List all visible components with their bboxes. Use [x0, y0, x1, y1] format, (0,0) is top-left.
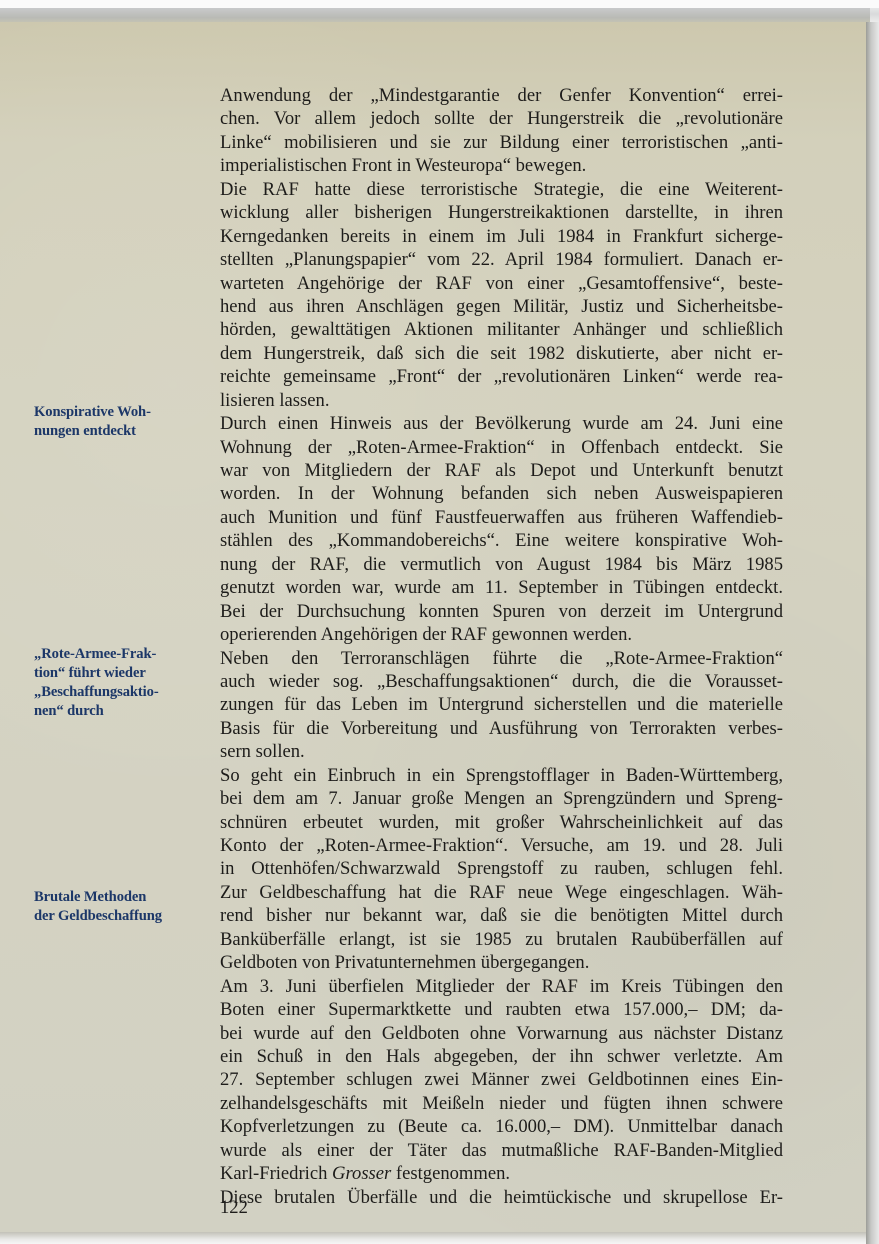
margin-heading-line: „Rote-Armee-Frak- — [34, 645, 209, 664]
margin-heading-line: nen“ durch — [34, 702, 209, 721]
text-line: stellten „Planungspapier“ vom 22. April … — [220, 248, 783, 271]
text-line: Linke“ mobilisieren und sie zur Bildung … — [220, 131, 783, 154]
text-line: hend aus ihren Anschlägen gegen Militär,… — [220, 295, 783, 318]
text-line: Boten einer Supermarktkette und raubten … — [220, 998, 783, 1021]
text-line: hörden, gewalttätigen Aktionen militante… — [220, 318, 783, 341]
text-line: genutzt worden war, wurde am 11. Septemb… — [220, 576, 783, 599]
margin-heading-line: „Beschaffungsaktio- — [34, 683, 209, 702]
text-segment: Karl-Friedrich — [220, 1163, 332, 1184]
text-line: Anwendung der „Mindestgarantie der Genfe… — [220, 84, 783, 107]
text-line: bei dem am 7. Januar große Mengen an Spr… — [220, 787, 783, 810]
text-line: nung der RAF, die vermutlich von August … — [220, 553, 783, 576]
text-line: schnüren erbeutet wurden, mit großer Wah… — [220, 811, 783, 834]
text-line: operierenden Angehörigen der RAF gewonne… — [220, 623, 783, 646]
text-line: Basis für die Vorbereitung und Ausführun… — [220, 717, 783, 740]
text-line: auch Munition und fünf Faustfeuerwaffen … — [220, 506, 783, 529]
text-line: Karl-Friedrich Grosser festgenommen. — [220, 1162, 783, 1185]
text-line: wurde als einer der Täter das mutmaßlich… — [220, 1139, 783, 1162]
text-line: war von Mitgliedern der RAF als Depot un… — [220, 459, 783, 482]
text-line: Kerngedanken bereits in einem im Juli 19… — [220, 225, 783, 248]
text-line: warteten Angehörige der RAF von einer „G… — [220, 272, 783, 295]
text-line: sern sollen. — [220, 740, 783, 763]
text-line: lisieren lassen. — [220, 389, 783, 412]
text-line: rend bisher nur bekannt war, daß sie die… — [220, 904, 783, 927]
text-line: stählen des „Kommandobereichs“. Eine wei… — [220, 529, 783, 552]
text-line: Bei der Durchsuchung konnten Spuren von … — [220, 600, 783, 623]
text-line: 27. September schlugen zwei Männer zwei … — [220, 1068, 783, 1091]
text-line: worden. In der Wohnung befanden sich neb… — [220, 482, 783, 505]
text-line: Konto der „Roten-Armee-Fraktion“. Versuc… — [220, 834, 783, 857]
body-text: Anwendung der „Mindestgarantie der Genfe… — [220, 84, 783, 1209]
text-line: Geldboten von Privatunternehmen übergega… — [220, 951, 783, 974]
text-line: in Ottenhöfen/Schwarzwald Sprengstoff zu… — [220, 857, 783, 880]
text-line: Kopfverletzungen zu (Beute ca. 16.000,– … — [220, 1115, 783, 1138]
text-line: Durch einen Hinweis aus der Bevölkerung … — [220, 412, 783, 435]
margin-heading-line: Konspirative Woh- — [34, 403, 209, 422]
text-line: Zur Geldbeschaffung hat die RAF neue Weg… — [220, 881, 783, 904]
text-line: imperialistischen Front in Westeuropa“ b… — [220, 154, 783, 177]
text-segment: festgenommen. — [391, 1163, 510, 1184]
text-line: zungen für das Leben im Untergrund siche… — [220, 693, 783, 716]
margin-heading-line: nungen entdeckt — [34, 422, 209, 441]
page-bottom-edge — [0, 1232, 866, 1244]
text-line: Am 3. Juni überfielen Mitglieder der RAF… — [220, 975, 783, 998]
margin-heading-konspirative-wohnungen: Konspirative Woh- nungen entdeckt — [34, 403, 209, 441]
text-line: Wohnung der „Roten-Armee-Fraktion“ in Of… — [220, 436, 783, 459]
text-line: dem Hungerstreik, daß sich die seit 1982… — [220, 342, 783, 365]
text-line: auch wieder sog. „Beschaffungsaktionen“ … — [220, 670, 783, 693]
text-line: bei wurde auf den Geldboten ohne Vorwarn… — [220, 1022, 783, 1045]
page-right-edge — [866, 22, 879, 1244]
text-line: reichte gemeinsame „Front“ der „revoluti… — [220, 365, 783, 388]
text-line: ein Schuß in den Hals abgegeben, der ihn… — [220, 1045, 783, 1068]
page-number: 122 — [220, 1197, 248, 1219]
text-line: wicklung aller bisherigen Hungerstreikak… — [220, 201, 783, 224]
text-line: chen. Vor allem jedoch sollte der Hunger… — [220, 107, 783, 130]
text-line: Diese brutalen Überfälle und die heimtüc… — [220, 1186, 783, 1209]
text-line: zelhandelsgeschäfts mit Meißeln nieder u… — [220, 1092, 783, 1115]
text-line: Die RAF hatte diese terroristische Strat… — [220, 178, 783, 201]
italic-name: Grosser — [332, 1163, 391, 1184]
margin-heading-beschaffungsaktionen: „Rote-Armee-Frak- tion“ führt wieder „Be… — [34, 645, 209, 721]
margin-heading-line: tion“ führt wieder — [34, 664, 209, 683]
margin-heading-line: Brutale Methoden — [34, 888, 209, 907]
text-line: Banküberfälle erlangt, ist sie 1985 zu b… — [220, 928, 783, 951]
scanned-page-view: Konspirative Woh- nungen entdeckt „Rote-… — [0, 0, 879, 1244]
margin-heading-geldbeschaffung: Brutale Methoden der Geldbeschaffung — [34, 888, 209, 926]
text-line: So geht ein Einbruch in ein Sprengstoffl… — [220, 764, 783, 787]
margin-heading-line: der Geldbeschaffung — [34, 907, 209, 926]
text-line: Neben den Terroranschlägen führte die „R… — [220, 647, 783, 670]
